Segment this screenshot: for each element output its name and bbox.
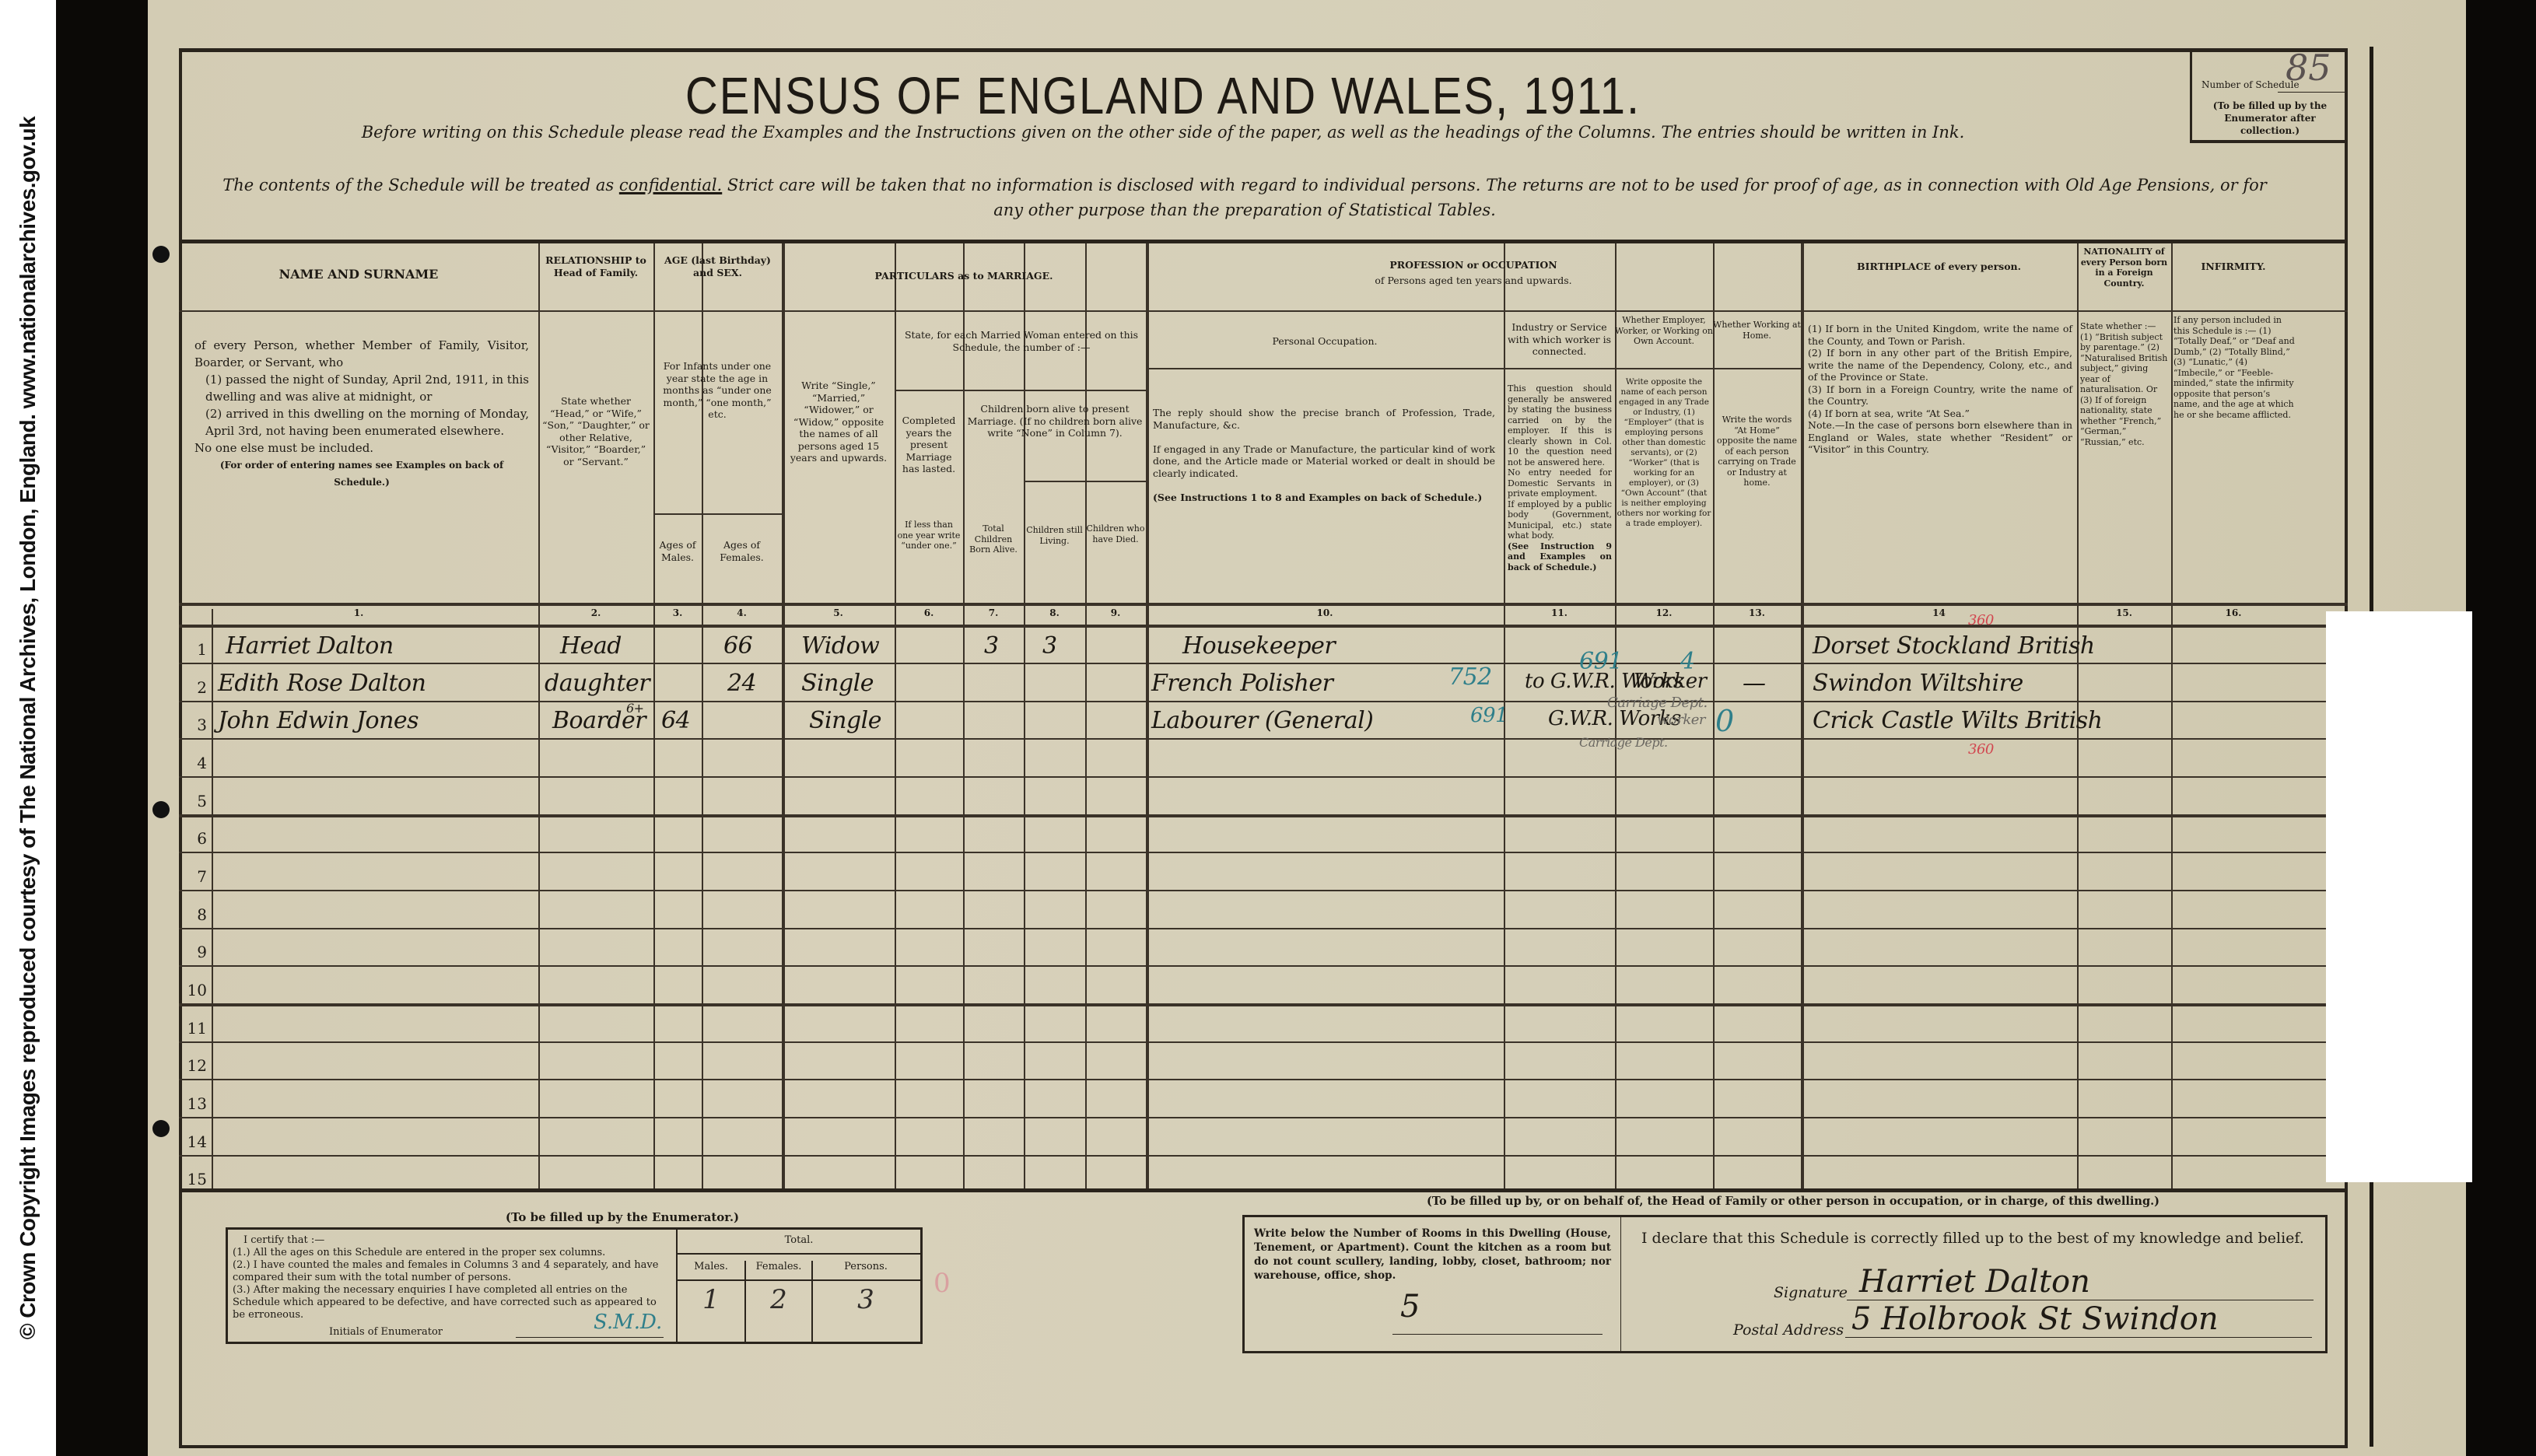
birthplace-code: 360 — [1968, 741, 1994, 758]
children-heading: Children born alive to present Marriage.… — [965, 403, 1145, 439]
initials-label: Initials of Enumerator — [329, 1326, 443, 1338]
declaration-box: Write below the Number of Rooms in this … — [1242, 1215, 2328, 1353]
signature: Harriet Dalton — [1859, 1264, 2090, 1300]
age-instructions: For Infants under one year state the age… — [655, 360, 779, 421]
employer-code: 0 — [1715, 704, 1734, 738]
children-born-alive: 3 — [984, 632, 999, 660]
relationship-code: 6+ — [626, 701, 644, 716]
page-title: CENSUS OF ENGLAND AND WALES, 1911. — [179, 66, 2147, 126]
industry-instructions: This question should generally be answer… — [1508, 383, 1612, 572]
head-of-family-title: (To be filled up by, or on behalf of, th… — [1260, 1195, 2326, 1208]
heading-name: NAME AND SURNAME — [179, 267, 538, 282]
person-age-male: 64 — [661, 707, 690, 734]
employer-instructions: Write opposite the name of each person e… — [1617, 377, 1711, 529]
copyright-text: © Crown Copyright Images reproduced cour… — [16, 117, 40, 1339]
person-name: John Edwin Jones — [218, 707, 419, 734]
signature-label: Signature — [1774, 1284, 1848, 1301]
schedule-note: (To be filled up by the Enumerator after… — [2197, 100, 2343, 137]
punch-hole — [152, 801, 170, 818]
enumerator-box: I certify that :— (1.) All the ages on t… — [226, 1227, 923, 1344]
home-label: Whether Working at Home. — [1713, 320, 1801, 341]
rooms-count: 5 — [1400, 1300, 1420, 1314]
enumerator-section-title: (To be filled up by the Enumerator.) — [311, 1210, 933, 1224]
occupation-code: 752 — [1448, 663, 1492, 691]
punch-hole — [152, 246, 170, 263]
schedule-number-box: 85 Number of Schedule (To be filled up b… — [2190, 48, 2348, 143]
heading-marriage: PARTICULARS as to MARRIAGE. — [782, 270, 1146, 282]
children-died-label: Children who have Died. — [1085, 523, 1146, 544]
condition-instructions: Write “Single,” “Married,” “Widower,” or… — [786, 380, 891, 464]
total-persons: Persons.3 — [811, 1261, 919, 1342]
person-occupation: French Polisher — [1151, 670, 1333, 697]
postal-address-label: Postal Address — [1733, 1321, 1844, 1339]
heading-age: AGE (last Birthday) and SEX. — [653, 254, 782, 278]
ages-males-label: Ages of Males. — [653, 539, 702, 563]
years-married-note: If less than one year write “under one.” — [896, 520, 962, 551]
name-instructions: of every Person, whether Member of Famil… — [194, 337, 529, 491]
industry-label: Industry or Service with which worker is… — [1504, 321, 1615, 358]
person-age-female: 66 — [723, 632, 752, 660]
years-married-label: Completed years the present Marriage has… — [896, 415, 962, 475]
person-relationship: daughter — [545, 670, 650, 697]
postal-address: 5 Holbrook St Swindon — [1851, 1301, 2219, 1337]
birthplace-instructions: (1) If born in the United Kingdom, write… — [1808, 323, 2072, 456]
enumerator-initials: S.M.D. — [594, 1311, 662, 1334]
declaration-text: I declare that this Schedule is correctl… — [1641, 1230, 2304, 1247]
instruction-read: Before writing on this Schedule please r… — [179, 123, 2147, 142]
total-females: Females.2 — [744, 1261, 811, 1342]
children-living-label: Children still Living. — [1024, 525, 1085, 546]
employer-code: 4 — [1680, 648, 1695, 675]
person-birthplace: Dorset Stockland British — [1813, 632, 2095, 660]
birthplace-code: 360 — [1968, 612, 1994, 628]
personal-occupation-instructions: The reply should show the precise branch… — [1153, 407, 1495, 503]
employer-label: Whether Employer, Worker, or Working on … — [1615, 315, 1713, 347]
total-males: Males.1 — [678, 1261, 744, 1349]
schedule-number-label: Number of Schedule — [2201, 79, 2300, 90]
person-relationship: Head — [560, 632, 622, 660]
children-living: 3 — [1042, 632, 1057, 660]
totals-table: Total. Males.1 Females.2 Persons.3 — [676, 1230, 920, 1342]
married-woman-instructions: State, for each Married Woman entered on… — [898, 329, 1145, 353]
person-condition: Widow — [801, 632, 879, 660]
margin-mark: 0 — [933, 1268, 950, 1299]
heading-infirmity: INFIRMITY. — [2171, 261, 2296, 273]
binding-edge — [56, 0, 148, 1456]
heading-relationship: RELATIONSHIP to Head of Family. — [538, 254, 653, 278]
person-birthplace: Crick Castle Wilts British — [1813, 707, 2102, 734]
occupation-code: 691 — [1470, 704, 1508, 727]
heading-occupation: PROFESSION or OCCUPATION — [1146, 259, 1801, 271]
rooms-instruction: Write below the Number of Rooms in this … — [1245, 1217, 1621, 1351]
heading-birthplace: BIRTHPLACE of every person. — [1801, 261, 2077, 273]
heading-nationality: NATIONALITY of every Person born in a Fo… — [2077, 247, 2171, 289]
personal-occupation-label: Personal Occupation. — [1146, 335, 1504, 348]
person-condition: Single — [801, 670, 874, 697]
person-name: Edith Rose Dalton — [218, 670, 426, 697]
industry-note: Carriage Dept. — [1579, 735, 1668, 750]
working-at-home: — — [1743, 670, 1766, 697]
home-instructions: Write the words “At Home” opposite the n… — [1715, 415, 1799, 488]
ages-females-label: Ages of Females. — [702, 539, 782, 563]
children-born-alive-label: Total Children Born Alive. — [963, 523, 1024, 555]
person-condition: Single — [809, 707, 881, 734]
household-table: NAME AND SURNAME RELATIONSHIP to Head of… — [179, 240, 2348, 1188]
person-age-female: 24 — [727, 670, 756, 697]
enumerator-certification: I certify that :— (1.) All the ages on t… — [233, 1234, 668, 1321]
person-occupation: Housekeeper — [1182, 632, 1335, 660]
person-name: Harriet Dalton — [226, 632, 394, 660]
copyright-strip: © Crown Copyright Images reproduced cour… — [0, 0, 56, 1456]
right-edge — [2466, 0, 2536, 1456]
punch-hole — [152, 1120, 170, 1137]
nationality-instructions: State whether :— (1) “British subject by… — [2080, 321, 2169, 447]
person-birthplace: Swindon Wiltshire — [1813, 670, 2023, 697]
redacted-infirmity-column — [2326, 611, 2472, 1182]
person-employer: worker — [1657, 712, 1705, 728]
person-occupation: Labourer (General) — [1151, 707, 1373, 734]
infirmity-instructions: If any person included in this Schedule … — [2173, 315, 2296, 420]
person-employer: Worker — [1634, 670, 1707, 693]
instruction-confidential: The contents of the Schedule will be tre… — [210, 173, 2279, 222]
relationship-instructions: State whether “Head,” or “Wife,” “Son,” … — [541, 395, 650, 467]
subheading-occupation: of Persons aged ten years and upwards. — [1146, 275, 1801, 287]
industry-code: 691 — [1579, 648, 1623, 675]
